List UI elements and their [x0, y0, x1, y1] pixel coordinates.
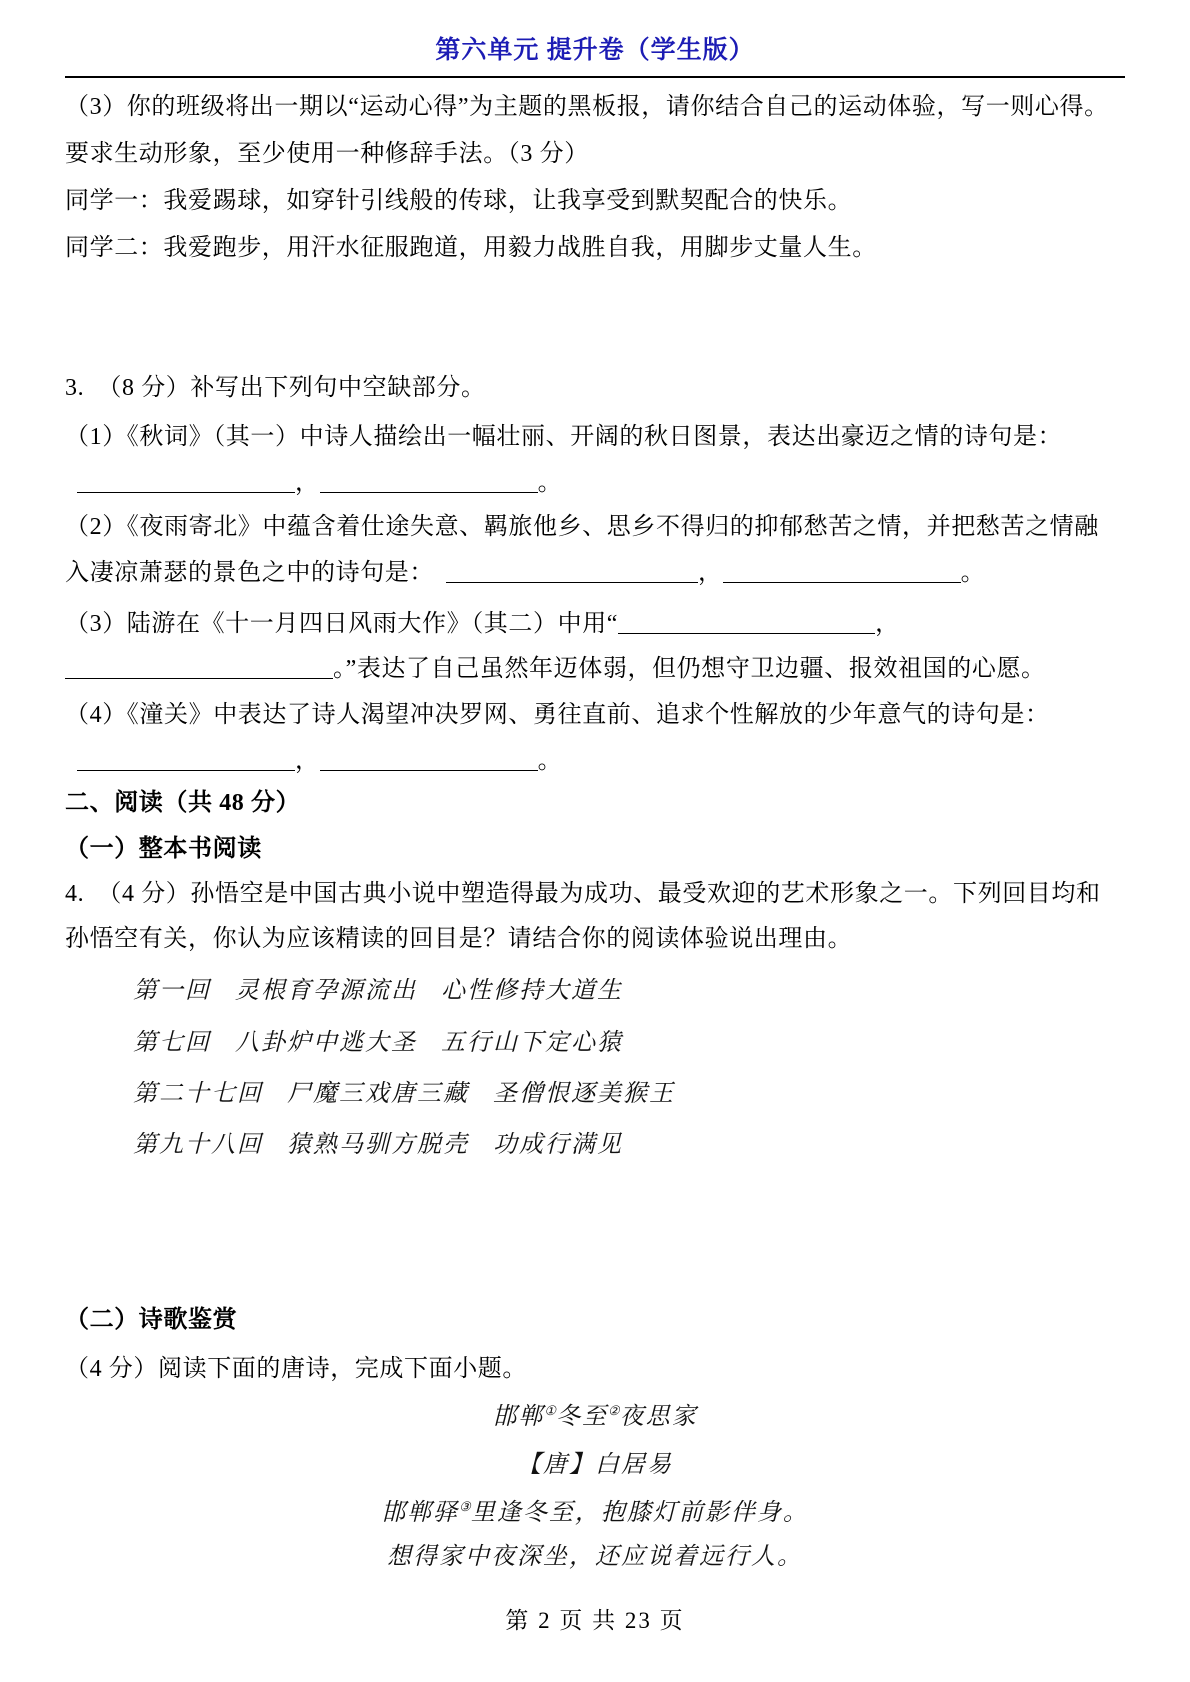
footnote-marker-3: ③: [459, 1499, 471, 1514]
blank-separator-period: 。: [538, 748, 563, 774]
q3-item2-line1: （2）《夜雨寄北》中蕴含着仕途失意、羁旅他乡、思乡不得归的抑郁愁苦之情，并把愁苦…: [65, 510, 1125, 544]
q3-item2-line2-text: 入凄凉萧瑟的景色之中的诗句是：: [65, 560, 434, 586]
poem-line1-part: 里逢冬至，抱膝灯前影伴身。: [471, 1500, 809, 1526]
section2-sub1-heading: （一）整本书阅读: [65, 832, 1125, 866]
q3-item3-line1-text: （3）陆游在《十一月四日风雨大作》（其二）中用“: [65, 611, 618, 637]
answer-blank: [618, 613, 875, 634]
header-divider: [65, 76, 1125, 78]
blank-separator-period: 。: [538, 470, 563, 496]
poem-author: 【唐】白居易: [0, 1448, 1190, 1482]
writing-prompt-line1: （3）你的班级将出一期以“运动心得”为主题的黑板报，请你结合自己的运动体验，写一…: [65, 90, 1125, 124]
section2-heading: 二、阅读（共 48 分）: [65, 786, 1125, 820]
chapter-item: 第九十八回 猿熟马驯方脱壳 功成行满见: [65, 1128, 1125, 1162]
q3-item4: （4）《潼关》中表达了诗人渴望冲决罗网、勇往直前、追求个性解放的少年意气的诗句是…: [65, 698, 1125, 732]
footnote-marker-1: ①: [544, 1403, 556, 1418]
answer-blank: [446, 562, 698, 583]
writing-example-student1: 同学一：我爱踢球，如穿针引线般的传球，让我享受到默契配合的快乐。: [65, 184, 1125, 218]
q5-stem: （4 分）阅读下面的唐诗，完成下面小题。: [65, 1352, 1125, 1386]
writing-example-student2: 同学二：我爱跑步，用汗水征服跑道，用毅力战胜自我，用脚步丈量人生。: [65, 231, 1125, 265]
answer-blank: [320, 750, 538, 771]
poem-title-part: 邯郸: [492, 1404, 544, 1430]
blank-separator-comma: ，: [875, 611, 900, 637]
answer-blank: [723, 562, 961, 583]
q3-item1-answer-line: ，。: [65, 466, 1125, 500]
footnote-marker-2: ②: [608, 1403, 620, 1418]
chapter-item: 第二十七回 尸魔三戏唐三藏 圣僧恨逐美猴王: [65, 1077, 1125, 1111]
q3-item3-line2: 。”表达了自己虽然年迈体弱，但仍想守卫边疆、报效祖国的心愿。: [65, 652, 1125, 686]
poem-title: 邯郸①冬至②夜思家: [0, 1400, 1190, 1434]
q3-item2-line2: 入凄凉萧瑟的景色之中的诗句是：，。: [65, 556, 1125, 590]
chapter-item: 第七回 八卦炉中逃大圣 五行山下定心猿: [65, 1026, 1125, 1060]
blank-separator-comma: ，: [295, 470, 320, 496]
poem-line1: 邯郸驿③里逢冬至，抱膝灯前影伴身。: [0, 1496, 1190, 1530]
writing-prompt-line2: 要求生动形象，至少使用一种修辞手法。（3 分）: [65, 137, 1125, 171]
document-page: 第六单元 提升卷（学生版） （3）你的班级将出一期以“运动心得”为主题的黑板报，…: [0, 0, 1190, 1682]
poem-line1-part: 邯郸驿: [381, 1500, 459, 1526]
page-title: 第六单元 提升卷（学生版）: [0, 34, 1190, 68]
section2-sub2-heading: （二）诗歌鉴赏: [65, 1303, 1125, 1337]
blank-separator-comma: ，: [698, 560, 723, 586]
answer-blank: [77, 472, 295, 493]
answer-blank: [65, 658, 333, 679]
poem-title-part: 夜思家: [620, 1404, 698, 1430]
page-number-footer: 第 2 页 共 23 页: [0, 1604, 1190, 1638]
q4-stem-line2: 孙悟空有关，你认为应该精读的回目是？请结合你的阅读体验说出理由。: [65, 922, 1125, 956]
q3-item3-line1: （3）陆游在《十一月四日风雨大作》（其二）中用“，: [65, 607, 1125, 641]
chapter-item: 第一回 灵根育孕源流出 心性修持大道生: [65, 974, 1125, 1008]
answer-blank: [77, 750, 295, 771]
blank-separator-comma: ，: [295, 748, 320, 774]
q3-item1: （1）《秋词》（其一）中诗人描绘出一幅壮丽、开阔的秋日图景，表达出豪迈之情的诗句…: [65, 420, 1125, 454]
poem-line2: 想得家中夜深坐，还应说着远行人。: [0, 1540, 1190, 1574]
q3-item3-line2-text: 。”表达了自己虽然年迈体弱，但仍想守卫边疆、报效祖国的心愿。: [333, 656, 1046, 682]
q3-stem: 3. （8 分）补写出下列句中空缺部分。: [65, 371, 1125, 405]
q4-stem-line1: 4. （4 分）孙悟空是中国古典小说中塑造得最为成功、最受欢迎的艺术形象之一。下…: [65, 877, 1125, 911]
answer-blank: [320, 472, 538, 493]
poem-title-part: 冬至: [556, 1404, 608, 1430]
q3-item4-answer-line: ，。: [65, 744, 1125, 778]
blank-separator-period: 。: [961, 560, 986, 586]
